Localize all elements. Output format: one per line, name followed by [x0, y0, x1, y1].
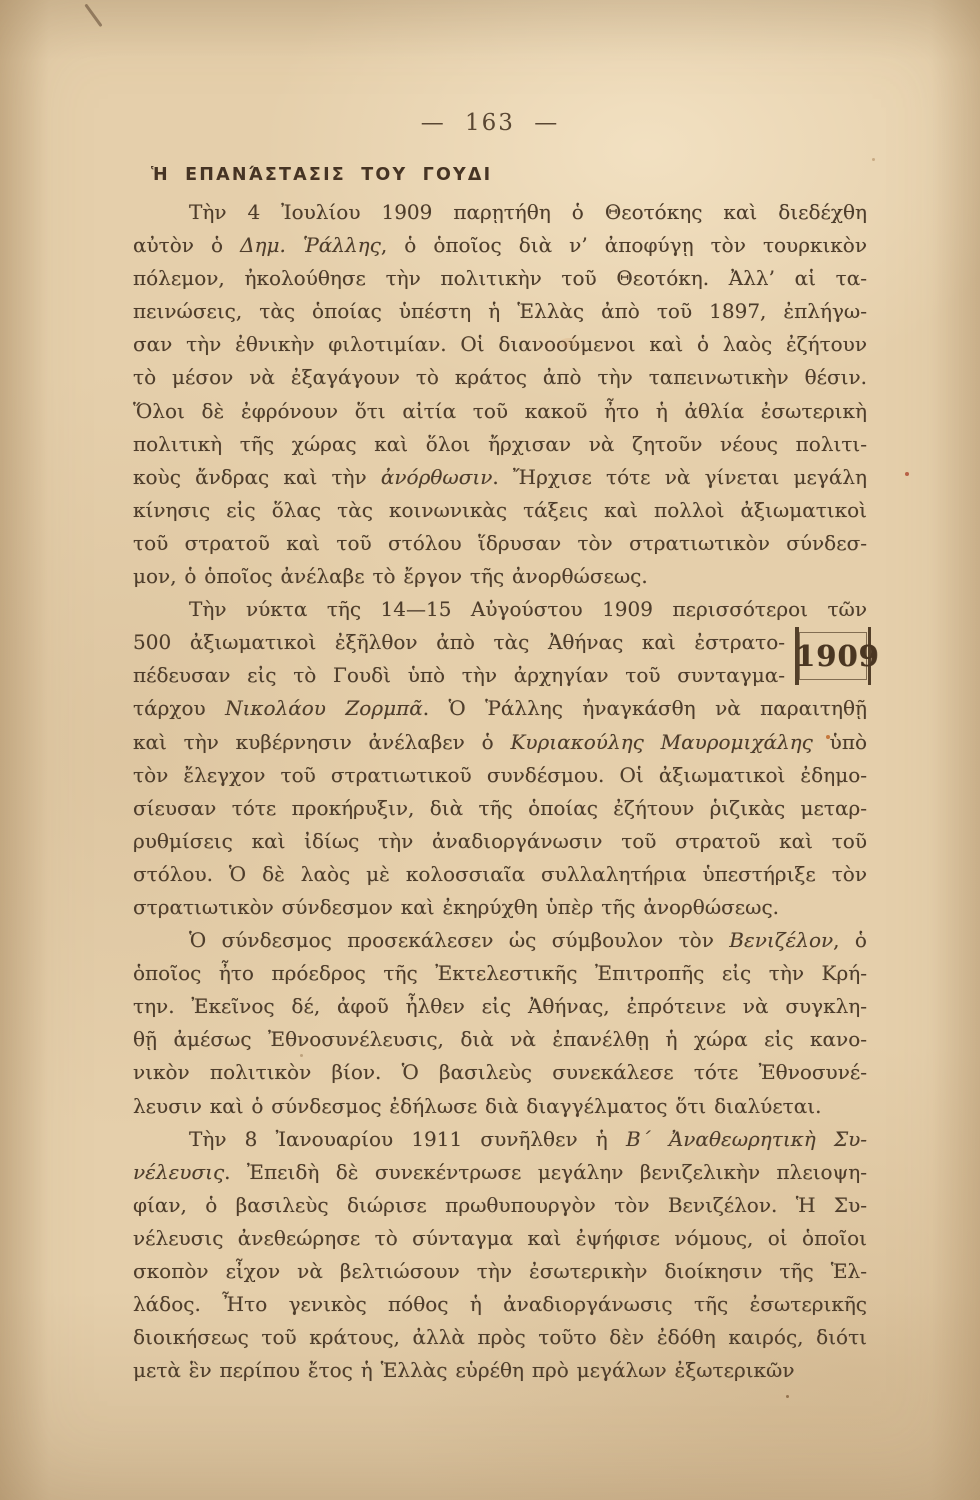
text-segment: σίευσαν τότε προκήρυξιν, διὰ τῆς ὁποίας … — [133, 796, 867, 820]
text-segment: πεινώσεις, τὰς ὁποίας ὑπέστη ἡ Ἑλλὰς ἀπὸ… — [133, 299, 867, 323]
italic-text: ἀνόρθωσιν — [381, 465, 492, 489]
text-segment: Ὁ σύνδεσμος προσεκάλεσεν ὡς σύμβουλον τὸ… — [189, 928, 729, 952]
text-segment: . Ἐπειδὴ δὲ συνεκέντρωσε μεγάλην βενιζελ… — [224, 1160, 867, 1184]
foxing-speck — [826, 735, 830, 739]
text-line-p4-8: μετὰ ἓν περίπου ἔτος ἡ Ἑλλὰς εὑρέθη πρὸ … — [133, 1354, 867, 1387]
text-line-p2-4: τάρχου Νικολάου Ζορμπᾶ. Ὁ Ῥάλλης ἠναγκάσ… — [133, 692, 867, 725]
text-segment: τὸ μέσον νὰ ἐξαγάγουν τὸ κράτος ἀπὸ τὴν … — [133, 365, 867, 389]
text-segment: σκοπὸν εἶχον νὰ βελτιώσουν τὴν ἐσωτερικὴ… — [133, 1259, 867, 1283]
italic-text: Κυριακούλης Μαυρομιχάλης — [510, 730, 812, 754]
text-line-p1-7: Ὅλοι δὲ ἐφρόνουν ὅτι αἰτία τοῦ κακοῦ ἦτο… — [133, 395, 867, 428]
text-line-p1-12: μον, ὁ ὁποῖος ἀνέλαβε τὸ ἔργον τῆς ἀνορθ… — [133, 560, 867, 593]
text-line-p2-5: καὶ τὴν κυβέρνησιν ἀνέλαβεν ὁ Κυριακούλη… — [133, 726, 867, 759]
paper-stain — [560, 338, 578, 348]
italic-text: Νικολάου Ζορμπᾶ — [225, 696, 423, 720]
pen-mark — [84, 4, 102, 27]
chapter-heading: Ἡ ΕΠΑΝΆΣΤΑΣΙΣ ΤΟΥ ΓΟΥΔΙ — [151, 165, 492, 185]
foxing-speck — [786, 1395, 789, 1398]
text-line-p3-4: θῇ ἀμέσως Ἐθνοσυνέλευσις, διὰ νὰ ἐπανέλθ… — [133, 1023, 867, 1056]
text-segment: καὶ τὴν κυβέρνησιν ἀνέλαβεν ὁ — [133, 730, 510, 754]
text-segment: , ὁ — [833, 928, 867, 952]
text-segment: σαν τὴν ἐθνικὴν φιλοτιμίαν. Οἱ διανοούμε… — [133, 332, 867, 356]
text-segment: πόλεμον, ἠκολούθησε τὴν πολιτικὴν τοῦ Θε… — [133, 266, 867, 290]
text-line-p3-3: την. Ἐκεῖνος δέ, ἀφοῦ ἦλθεν εἰς Ἀθήνας, … — [133, 990, 867, 1023]
text-line-p4-2: νέλευσις. Ἐπειδὴ δὲ συνεκέντρωσε μεγάλην… — [133, 1156, 867, 1189]
text-line-p1-11: τοῦ στρατοῦ καὶ τοῦ στόλου ἵδρυσαν τὸν σ… — [133, 527, 867, 560]
body-text: Τὴν 4 Ἰουλίου 1909 παρῃτήθη ὁ Θεοτόκης κ… — [133, 196, 867, 1387]
text-line-p1-10: κίνησις εἰς ὅλας τὰς κοινωνικὰς τάξεις κ… — [133, 494, 867, 527]
text-line-p1-4: πεινώσεις, τὰς ὁποίας ὑπέστη ἡ Ἑλλὰς ἀπὸ… — [133, 295, 867, 328]
text-line-p3-1: Ὁ σύνδεσμος προσεκάλεσεν ὡς σύμβουλον τὸ… — [133, 924, 867, 957]
text-line-p2-2: 500 ἀξιωματικοὶ ἐξῆλθον ἀπὸ τὰς Ἀθήνας κ… — [133, 626, 785, 659]
text-line-p1-5: σαν τὴν ἐθνικὴν φιλοτιμίαν. Οἱ διανοούμε… — [133, 328, 867, 361]
foxing-speck — [905, 472, 909, 476]
book-page: — 163 — Ἡ ΕΠΑΝΆΣΤΑΣΙΣ ΤΟΥ ΓΟΥΔΙ Τὴν 4 Ἰο… — [0, 0, 980, 1500]
italic-text: Δημ. Ῥάλλης — [240, 233, 381, 257]
text-line-p1-1: Τὴν 4 Ἰουλίου 1909 παρῃτήθη ὁ Θεοτόκης κ… — [133, 196, 867, 229]
text-segment: τοῦ στρατοῦ καὶ τοῦ στόλου ἵδρυσαν τὸν σ… — [133, 531, 867, 555]
text-segment: νικὸν πολιτικὸν βίον. Ὁ βασιλεὺς συνεκάλ… — [133, 1060, 867, 1084]
text-segment: Τὴν νύκτα τῆς 14—15 Αὐγούστου 1909 περισ… — [189, 597, 867, 621]
text-line-p4-1: Τὴν 8 Ἰανουαρίου 1911 συνῆλθεν ἡ Β΄ Ἀναθ… — [133, 1123, 867, 1156]
italic-text: Βενιζέλον — [729, 928, 833, 952]
text-line-p1-9: κοὺς ἄνδρας καὶ τὴν ἀνόρθωσιν. Ἤρχισε τό… — [133, 461, 867, 494]
text-segment: διοικήσεως τοῦ κράτους, ἀλλὰ πρὸς τοῦτο … — [133, 1325, 867, 1349]
text-line-p4-3: φίαν, ὁ βασιλεὺς διώρισε πρωθυπουργὸν τὸ… — [133, 1189, 867, 1222]
text-segment: πέδευσαν εἰς τὸ Γουδὶ ὑπὸ τὴν ἀρχηγίαν τ… — [133, 663, 785, 687]
text-line-p3-6: λευσιν καὶ ὁ σύνδεσμος ἐδήλωσε διὰ διαγγ… — [133, 1090, 867, 1123]
text-line-p3-5: νικὸν πολιτικὸν βίον. Ὁ βασιλεὺς συνεκάλ… — [133, 1056, 867, 1089]
text-segment: θῇ ἀμέσως Ἐθνοσυνέλευσις, διὰ νὰ ἐπανέλθ… — [133, 1027, 867, 1051]
text-segment: ὑπὸ — [813, 730, 867, 754]
text-line-p2-3: πέδευσαν εἰς τὸ Γουδὶ ὑπὸ τὴν ἀρχηγίαν τ… — [133, 659, 785, 692]
page-number: — 163 — — [0, 110, 980, 136]
text-segment: μον, ὁ ὁποῖος ἀνέλαβε τὸ ἔργον τῆς ἀνορθ… — [133, 564, 648, 588]
text-segment: Ὅλοι δὲ ἐφρόνουν ὅτι αἰτία τοῦ κακοῦ ἦτο… — [133, 399, 867, 423]
text-segment: κοὺς ἄνδρας καὶ τὴν — [133, 465, 381, 489]
text-line-p2-10: στρατιωτικὸν σύνδεσμον καὶ ἐκηρύχθη ὑπὲρ… — [133, 891, 867, 924]
text-segment: στόλου. Ὁ δὲ λαὸς μὲ κολοσσιαῖα συλλαλητ… — [133, 862, 867, 886]
text-line-p1-6: τὸ μέσον νὰ ἐξαγάγουν τὸ κράτος ἀπὸ τὴν … — [133, 361, 867, 394]
italic-text: νέλευσις — [133, 1160, 224, 1184]
text-segment: 500 ἀξιωματικοὶ ἐξῆλθον ἀπὸ τὰς Ἀθήνας κ… — [133, 630, 785, 654]
text-line-p1-2: αὐτὸν ὁ Δημ. Ῥάλλης, ὁ ὁποῖος διὰ ν’ ἀπο… — [133, 229, 867, 262]
text-segment: νέλευσις ἀνεθεώρησε τὸ σύνταγμα καὶ ἐψήφ… — [133, 1226, 867, 1250]
text-line-p4-7: διοικήσεως τοῦ κράτους, ἀλλὰ πρὸς τοῦτο … — [133, 1321, 867, 1354]
text-segment: ρυθμίσεις καὶ ἰδίως τὴν ἀναδιοργάνωσιν τ… — [133, 829, 867, 853]
foxing-speck — [872, 158, 875, 161]
text-segment: Τὴν 8 Ἰανουαρίου 1911 συνῆλθεν ἡ — [189, 1127, 626, 1151]
margin-year: 1909 — [795, 628, 871, 684]
text-segment: πολιτικὴ τῆς χώρας καὶ ὅλοι ἤρχισαν νὰ ζ… — [133, 432, 867, 456]
text-line-p1-8: πολιτικὴ τῆς χώρας καὶ ὅλοι ἤρχισαν νὰ ζ… — [133, 428, 867, 461]
text-segment: κίνησις εἰς ὅλας τὰς κοινωνικὰς τάξεις κ… — [133, 498, 867, 522]
text-segment: φίαν, ὁ βασιλεὺς διώρισε πρωθυπουργὸν τὸ… — [133, 1193, 867, 1217]
text-segment: αὐτὸν ὁ — [133, 233, 240, 257]
text-segment: , ὁ ὁποῖος διὰ ν’ ἀποφύγῃ τὸν τουρκικὸν — [381, 233, 867, 257]
text-segment: ὁποῖος ἦτο πρόεδρος τῆς Ἐκτελεστικῆς Ἐπι… — [133, 961, 867, 985]
text-line-p2-8: ρυθμίσεις καὶ ἰδίως τὴν ἀναδιοργάνωσιν τ… — [133, 825, 867, 858]
text-segment: μετὰ ἓν περίπου ἔτος ἡ Ἑλλὰς εὑρέθη πρὸ … — [133, 1358, 795, 1382]
text-segment: τάρχου — [133, 696, 225, 720]
text-line-p2-7: σίευσαν τότε προκήρυξιν, διὰ τῆς ὁποίας … — [133, 792, 867, 825]
text-line-p1-3: πόλεμον, ἠκολούθησε τὴν πολιτικὴν τοῦ Θε… — [133, 262, 867, 295]
text-line-p3-2: ὁποῖος ἦτο πρόεδρος τῆς Ἐκτελεστικῆς Ἐπι… — [133, 957, 867, 990]
text-line-p2-6: τὸν ἔλεγχον τοῦ στρατιωτικοῦ συνδέσμου. … — [133, 759, 867, 792]
foxing-speck — [300, 1054, 303, 1057]
text-segment: λάδος. Ἦτο γενικὸς πόθος ἡ ἀναδιοργάνωσι… — [133, 1292, 867, 1316]
text-line-p2-1: Τὴν νύκτα τῆς 14—15 Αὐγούστου 1909 περισ… — [133, 593, 867, 626]
italic-text: Β΄ Ἀναθεωρητικὴ Συ- — [626, 1127, 867, 1151]
text-segment: στρατιωτικὸν σύνδεσμον καὶ ἐκηρύχθη ὑπὲρ… — [133, 895, 779, 919]
text-segment: την. Ἐκεῖνος δέ, ἀφοῦ ἦλθεν εἰς Ἀθήνας, … — [133, 994, 867, 1018]
text-segment: λευσιν καὶ ὁ σύνδεσμος ἐδήλωσε διὰ διαγγ… — [133, 1094, 821, 1118]
text-line-p4-5: σκοπὸν εἶχον νὰ βελτιώσουν τὴν ἐσωτερικὴ… — [133, 1255, 867, 1288]
text-segment: . Ὁ Ῥάλλης ἠναγκάσθη νὰ παραιτηθῇ — [423, 696, 867, 720]
text-segment: τὸν ἔλεγχον τοῦ στρατιωτικοῦ συνδέσμου. … — [133, 763, 867, 787]
text-line-p2-9: στόλου. Ὁ δὲ λαὸς μὲ κολοσσιαῖα συλλαλητ… — [133, 858, 867, 891]
text-segment: Τὴν 4 Ἰουλίου 1909 παρῃτήθη ὁ Θεοτόκης κ… — [189, 200, 867, 224]
text-line-p4-4: νέλευσις ἀνεθεώρησε τὸ σύνταγμα καὶ ἐψήφ… — [133, 1222, 867, 1255]
text-segment: . Ἤρχισε τότε νὰ γίνεται μεγάλη — [492, 465, 867, 489]
margin-year-box: 1909 — [795, 628, 871, 684]
text-line-p4-6: λάδος. Ἦτο γενικὸς πόθος ἡ ἀναδιοργάνωσι… — [133, 1288, 867, 1321]
